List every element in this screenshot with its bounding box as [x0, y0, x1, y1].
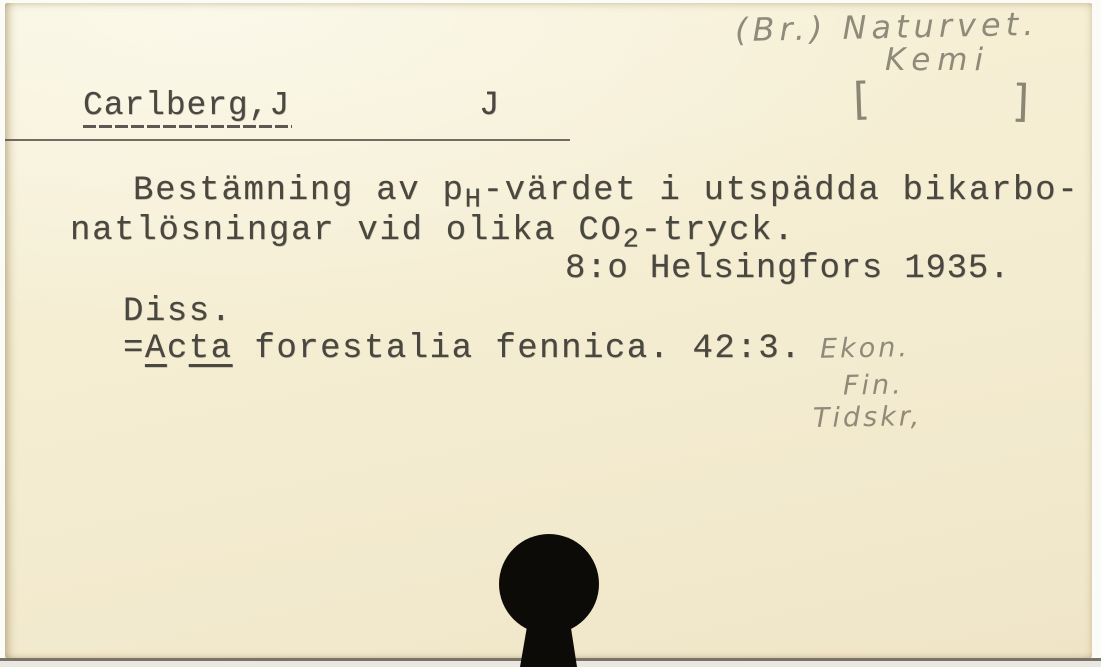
filing-letter: J	[479, 87, 501, 125]
pencil-annotation-ekon: Ekon.	[820, 332, 910, 365]
author-heading: Carlberg,J	[83, 87, 290, 125]
pencil-bracket-open: [	[852, 74, 871, 126]
series-equals: =	[123, 330, 145, 368]
title-line2-text: natlösningar vid olika CO	[70, 212, 623, 250]
series-underlined-ta: ta	[189, 330, 233, 368]
series-rest: forestalia fennica. 42:3.	[233, 330, 803, 368]
printed-rule	[5, 139, 570, 141]
scan-bottom-edge	[0, 658, 1101, 667]
imprint-line: 8:o Helsingfors 1935.	[565, 249, 1010, 289]
title-line2-text-cont: -tryck.	[641, 212, 796, 250]
series-underlined-a: A	[145, 330, 167, 368]
pencil-annotation-fin: Fin.	[843, 369, 904, 401]
author-typed-underline	[83, 125, 292, 128]
title-line1-text-cont: -värdet i utspädda bikarbo-	[483, 172, 1080, 210]
scanned-catalog-card: (Br.) Naturvet. Kemi [ ] Carlberg,J J Be…	[0, 0, 1101, 667]
series-c: c	[167, 330, 189, 368]
pencil-bracket-close: ]	[1011, 76, 1030, 128]
title-line1-text: Bestämning av p	[133, 172, 465, 210]
series-note: =Acta forestalia fennica. 42:3.	[123, 329, 802, 369]
pencil-annotation-tidskr: Tidskr,	[813, 401, 923, 434]
classification-note-line2: Kemi	[885, 42, 990, 78]
dissertation-note: Diss.	[123, 292, 233, 332]
